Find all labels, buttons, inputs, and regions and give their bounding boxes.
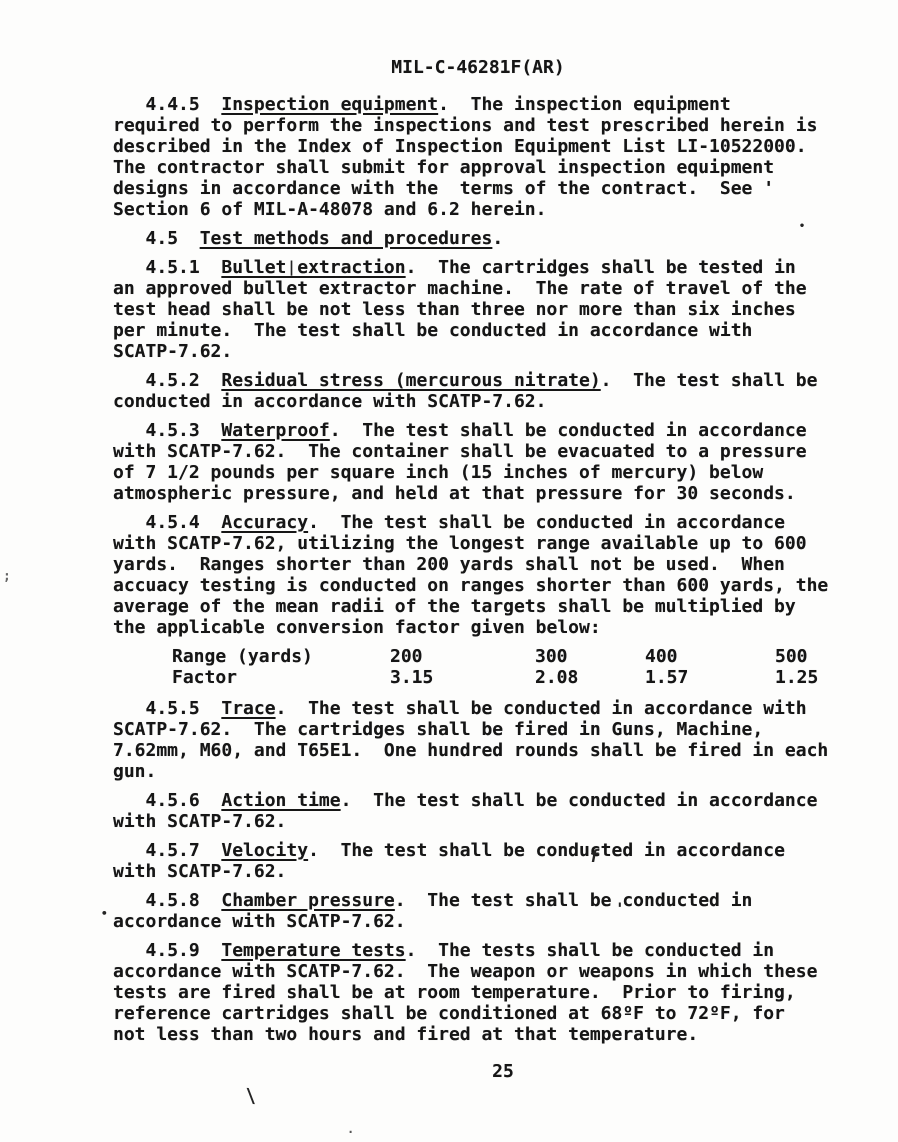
section-4-5-6: 4.5.6 Action time. The test shall be con… — [113, 790, 837, 832]
section-4-5-5: 4.5.5 Trace. The test shall be conducted… — [113, 698, 837, 782]
section-heading: Trace — [221, 698, 275, 719]
section-4-5: 4.5 Test methods and procedures. — [113, 228, 837, 249]
table-row-label: Factor — [172, 667, 390, 688]
document-page: MIL-C-46281F(AR) 4.4.5 Inspection equipm… — [0, 0, 898, 1142]
table-cell: 1.57 — [645, 667, 775, 688]
scan-stray-mark: | — [287, 257, 296, 278]
section-heading: Inspection equipment — [221, 94, 438, 115]
section-number: 4.4.5 — [113, 94, 221, 115]
table-row-label: Range (yards) — [172, 646, 390, 667]
table-cell: 400 — [645, 646, 775, 667]
section-heading: Residual stress (mercurous nitrate) — [221, 370, 600, 391]
section-heading: Velocity — [221, 840, 308, 861]
scan-stray-mark: \ — [244, 1086, 257, 1108]
table-row-range: Range (yards) 200 300 400 500 — [172, 646, 837, 667]
scan-speck: • — [101, 903, 108, 924]
section-4-5-2: 4.5.2 Residual stress (mercurous nitrate… — [113, 370, 837, 412]
section-number: 4.5.9 — [113, 940, 221, 961]
section-heading: Accuracy — [221, 512, 308, 533]
table-cell: 1.25 — [775, 667, 837, 688]
section-4-5-3: 4.5.3 Waterproof. The test shall be cond… — [113, 420, 837, 504]
scan-stray-mark: f — [589, 847, 599, 868]
table-cell: 3.15 — [390, 667, 535, 688]
section-4-5-1: 4.5.1 Bullet extraction. The cartridges … — [113, 257, 837, 362]
table-cell: 500 — [775, 646, 837, 667]
section-number: 4.5.8 — [113, 890, 221, 911]
table-cell: 300 — [535, 646, 645, 667]
document-body: 4.4.5 Inspection equipment. The inspecti… — [113, 94, 837, 1082]
scan-speck: • — [799, 216, 805, 237]
section-number: 4.5.4 — [113, 512, 221, 533]
section-4-4-5: 4.4.5 Inspection equipment. The inspecti… — [113, 94, 837, 220]
page-number: 25 — [113, 1061, 837, 1082]
section-4-5-9: 4.5.9 Temperature tests. The tests shall… — [113, 940, 837, 1045]
section-4-5-4: 4.5.4 Accuracy. The test shall be conduc… — [113, 512, 837, 638]
section-heading: Action time — [221, 790, 340, 811]
section-text: . — [492, 228, 503, 249]
section-heading: Temperature tests — [221, 940, 405, 961]
table-cell: 2.08 — [535, 667, 645, 688]
section-number: 4.5.2 — [113, 370, 221, 391]
section-number: 4.5.7 — [113, 840, 221, 861]
table-cell: 200 — [390, 646, 535, 667]
section-heading: Bullet extraction — [221, 257, 405, 278]
scan-speck: ; — [3, 566, 11, 587]
section-heading: Chamber pressure — [221, 890, 394, 911]
section-4-5-7: 4.5.7 Velocity. The test shall be conduc… — [113, 840, 837, 882]
section-heading: Waterproof — [221, 420, 329, 441]
section-4-5-8: 4.5.8 Chamber pressure. The test shall b… — [113, 890, 837, 932]
section-heading: Test methods and procedures — [200, 228, 493, 249]
section-number: 4.5.1 — [113, 257, 221, 278]
section-number: 4.5.6 — [113, 790, 221, 811]
section-number: 4.5 — [113, 228, 200, 249]
scan-stray-mark: ' — [615, 898, 625, 919]
table-row-factor: Factor 3.15 2.08 1.57 1.25 — [172, 667, 837, 688]
conversion-factor-table: Range (yards) 200 300 400 500 Factor 3.1… — [172, 646, 837, 688]
section-number: 4.5.5 — [113, 698, 221, 719]
document-id-header: MIL-C-46281F(AR) — [0, 0, 898, 78]
section-number: 4.5.3 — [113, 420, 221, 441]
scan-speck: · — [347, 1122, 354, 1142]
